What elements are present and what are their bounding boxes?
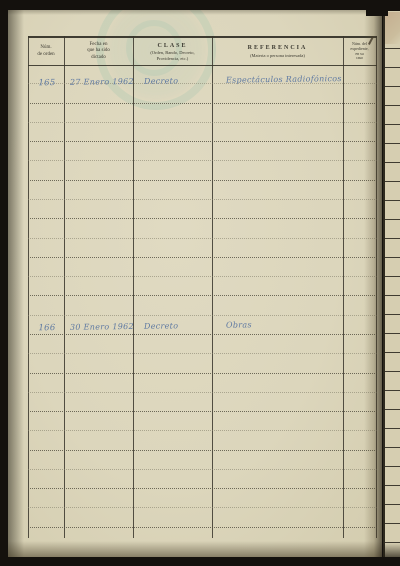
entry-fecha: 30 Enero 1962 (70, 322, 134, 332)
entry-referencia: Obras (226, 320, 252, 329)
column-subtitle: (Materia o persona interesada) (250, 53, 305, 59)
column-title: CLASE (157, 42, 187, 50)
rule-line (28, 161, 377, 180)
rule-line (28, 219, 377, 238)
next-page-corner (385, 12, 400, 44)
rule-line (28, 508, 377, 527)
rule-line (28, 296, 377, 315)
entry-clase: Decreto (144, 76, 178, 85)
column-title: Fecha en que ha sido dictado (87, 42, 110, 62)
column-header-num-orden: Núm. de orden (28, 38, 64, 65)
rule-line (28, 451, 377, 470)
entry-clase: Decreto (144, 321, 178, 330)
rule-line (28, 277, 377, 296)
rule-line (28, 123, 377, 142)
column-subtitle: (Orden, Bando, Decreto, Providencia, etc… (150, 50, 194, 61)
rule-line (28, 354, 377, 373)
rule-line (28, 393, 377, 412)
entry-num: 165 (32, 78, 62, 88)
ruling-area (28, 65, 377, 528)
rule-line (28, 374, 377, 393)
entry-fecha: 27 Enero 1962 (70, 77, 134, 87)
page-top-shadow (8, 10, 382, 15)
register-table: Núm. de orden Fecha en que ha sido dicta… (28, 36, 377, 538)
column-header-referencia: REFERENCIA (Materia o persona interesada… (212, 38, 343, 65)
rule-line (28, 431, 377, 450)
rule-line (28, 470, 377, 489)
column-title: REFERENCIA (248, 44, 308, 52)
scan-background: Núm. de orden Fecha en que ha sido dicta… (0, 0, 400, 566)
rule-line (28, 489, 377, 508)
entry-referencia: Espectáculos Radiofónicos (226, 74, 342, 85)
column-title: Núm. de orden (37, 45, 54, 58)
rule-line (28, 181, 377, 200)
top-edge-notch (366, 10, 388, 16)
table-header: Núm. de orden Fecha en que ha sido dicta… (28, 38, 377, 65)
binding-gutter-shadow (8, 10, 24, 557)
next-page-bottom-shadow (383, 543, 400, 557)
rule-line (28, 258, 377, 277)
register-page: Núm. de orden Fecha en que ha sido dicta… (8, 10, 382, 557)
page-crease (383, 11, 385, 557)
rule-line (28, 200, 377, 219)
rule-line (28, 239, 377, 258)
column-header-clase: CLASE (Orden, Bando, Decreto, Providenci… (133, 38, 212, 65)
rule-line (28, 412, 377, 431)
entry-num: 166 (32, 323, 62, 333)
page-bottom-shadow (8, 541, 382, 557)
page-right-shadow (364, 10, 382, 557)
column-header-fecha: Fecha en que ha sido dictado (64, 38, 133, 65)
rule-line (28, 104, 377, 123)
next-page-edge (383, 11, 400, 557)
rule-line (28, 142, 377, 161)
